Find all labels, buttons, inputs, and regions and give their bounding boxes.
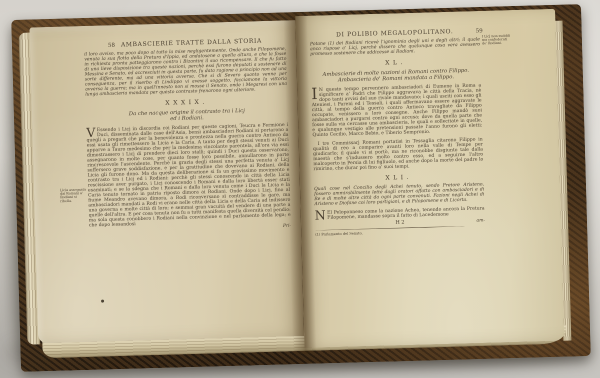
right-margin-note-text: I Licj non sudditi ma confederati de' Ro… (482, 34, 510, 46)
right-margin-note: I Licj non sudditi ma confederati de' Ro… (482, 34, 515, 56)
right-page-text-block: DI POLIBIO MEGALOPOLITANO. 59 Potane (1)… (310, 27, 488, 332)
left-page-number: 58 (108, 42, 115, 49)
right-body-paragraph-1: IN questo tempo pervennero ambasciadori … (311, 83, 482, 138)
right-intro-paragraph: Potane (1) dei Rodiani ricevè l'ignomini… (310, 37, 480, 57)
photo-of-open-book: 58AMBASCIERIE TRATTE DALLA STORIA il lor… (0, 0, 600, 378)
right-body-paragraph-2: I tre Commissarj Romani portatisi in Tes… (313, 137, 484, 172)
drop-cap-n: N (315, 210, 328, 220)
left-page-text-block: 58AMBASCIERIE TRATTE DALLA STORIA il lor… (84, 36, 294, 334)
left-margin-note: Licia assegnata dai Romani a' Rodiani si… (60, 188, 91, 218)
left-body-paragraph: VEssendo i Licj in discordia coi Rodiani… (86, 122, 291, 228)
section-number-xl: XL. (310, 56, 480, 68)
left-margin-note-text: Licia assegnata dai Romani a' Rodiani si… (60, 188, 86, 204)
section-xl-title: Ambascierie di molte nazioni ai Romani c… (311, 67, 481, 84)
signature-mark: H 2 (395, 220, 404, 226)
left-body-text: Essendo i Licj in discordia coi Rodiani … (87, 122, 291, 228)
right-body-text-1: N questo tempo pervennero ambasciadori d… (312, 82, 483, 137)
right-page-number: 59 (476, 27, 483, 34)
right-catchword: am- (476, 218, 485, 223)
section-number-xli: XLI. (314, 171, 484, 183)
open-book: 58AMBASCIERIE TRATTE DALLA STORIA il lor… (11, 4, 591, 372)
left-intro-paragraph: il loro avviso, ma poco dopo al tutto la… (84, 46, 287, 97)
section-xxxix-title: Da che nacque origine il contrasto tra i… (86, 106, 288, 124)
